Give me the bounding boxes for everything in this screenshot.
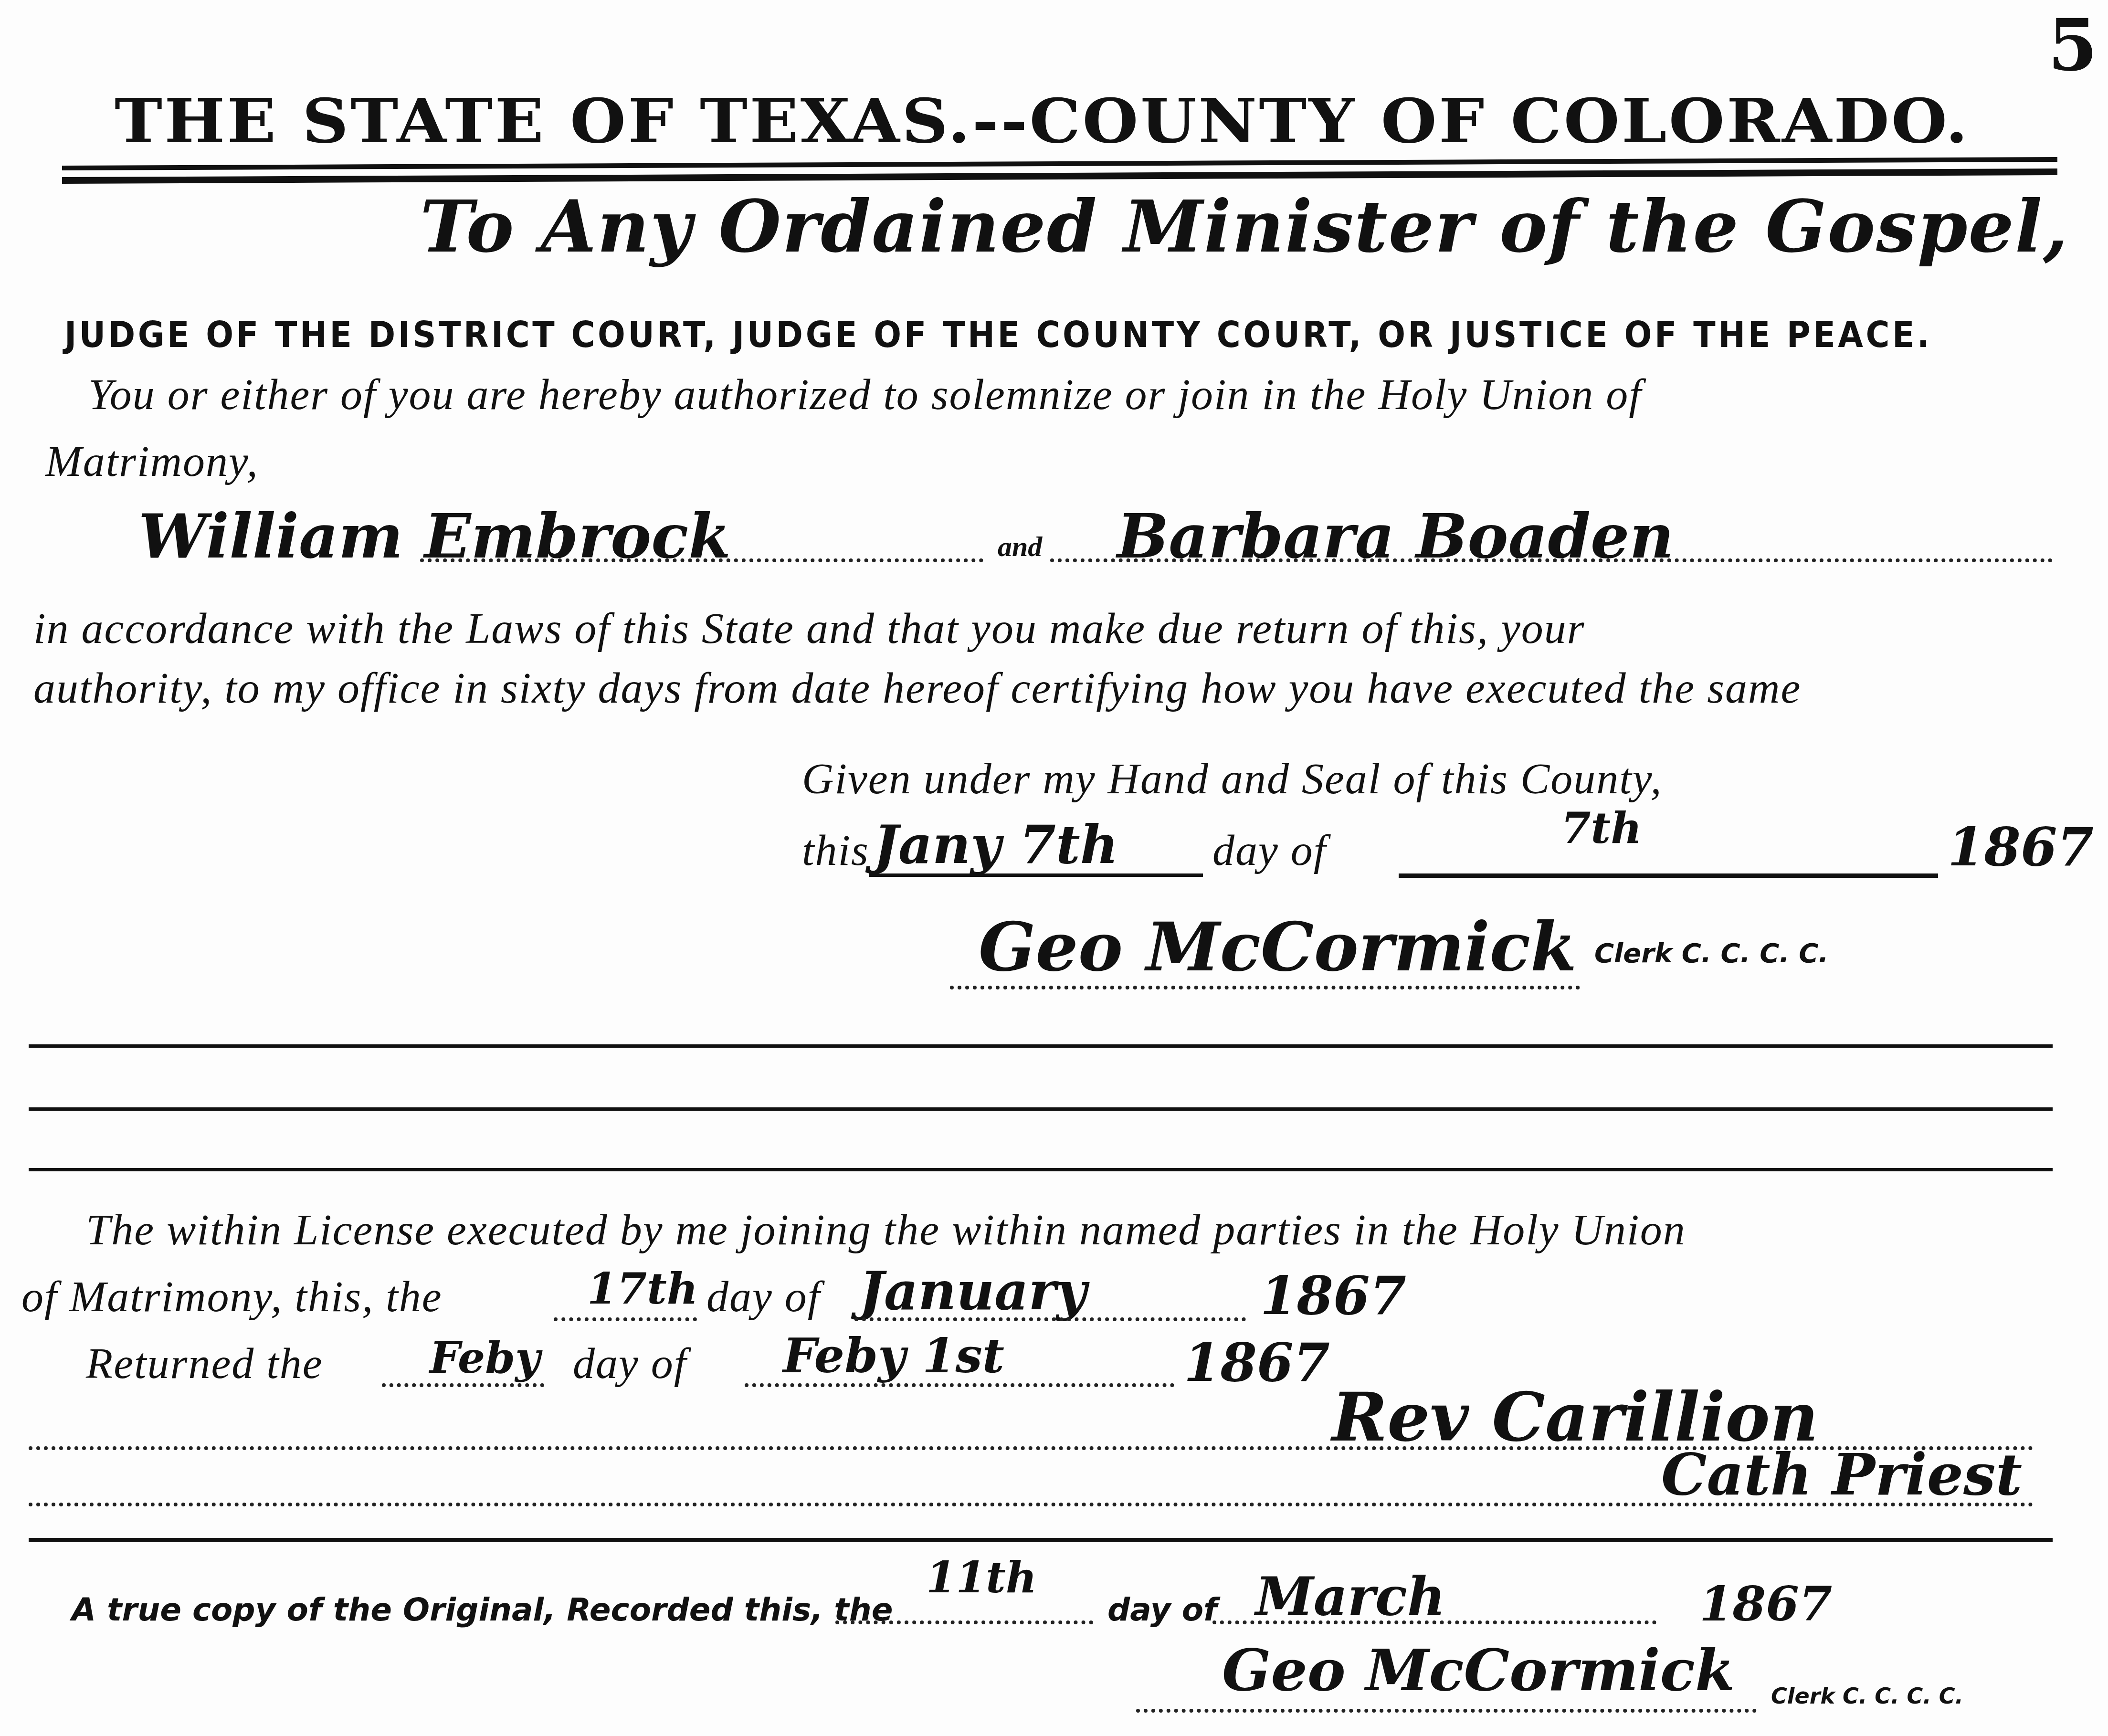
recording-clerk-title: Clerk C. C. C. C.: [1771, 1685, 1963, 1707]
clerk-signature: Geo McCormick: [979, 914, 1577, 981]
document-title: THE STATE OF TEXAS.--COUNTY OF COLORADO.: [115, 91, 1970, 152]
return-rule-2: [29, 1503, 2034, 1506]
issuance-year: 1867: [1948, 821, 2094, 873]
and-label: and: [998, 532, 1042, 561]
return-line-1: The within License executed by me joinin…: [86, 1208, 1686, 1252]
this-label: this: [802, 828, 869, 872]
blank-rule-3: [29, 1168, 2053, 1171]
bride-name-line: [1050, 558, 2053, 562]
clerk-title: Clerk C. C. C. C.: [1594, 940, 1829, 967]
return-rule-3: [29, 1538, 2053, 1542]
issuance-day-line: [869, 873, 1203, 877]
recording-day-of-label: day of: [1107, 1594, 1217, 1626]
groom-name-line: [420, 558, 983, 562]
recording-label: A true copy of the Original, Recorded th…: [72, 1594, 893, 1626]
executed-day-line: [554, 1317, 697, 1321]
recording-day-line: [835, 1620, 1093, 1624]
executed-day-of-label: day of: [706, 1274, 821, 1318]
given-under-hand-line: Given under my Hand and Seal of this Cou…: [802, 757, 1663, 800]
authorization-line-1: You or either of you are hereby authoriz…: [88, 372, 1642, 416]
officiant-title: Cath Priest: [1661, 1446, 2022, 1504]
returned-year: 1867: [1184, 1336, 1330, 1389]
executed-year: 1867: [1260, 1270, 1406, 1322]
returned-day-of-label: day of: [573, 1341, 687, 1385]
blank-rule-1: [29, 1044, 2053, 1048]
day-of-label: day of: [1212, 828, 1327, 872]
issuance-month-line: [1399, 873, 1938, 878]
page-number: 5: [2048, 10, 2097, 81]
address-heading: To Any Ordained Minister of the Gospel,: [420, 191, 2069, 263]
recording-clerk-signature: Geo McCormick: [1222, 1642, 1735, 1699]
executed-month-line: [854, 1317, 1246, 1321]
return-rule-1: [29, 1446, 2034, 1450]
issuance-month: 7th: [1561, 807, 1642, 850]
returned-month: Feby 1st: [783, 1332, 1004, 1379]
recording-day: 11th: [926, 1556, 1037, 1599]
officials-line: JUDGE OF THE DISTRICT COURT, JUDGE OF TH…: [64, 317, 1932, 353]
authorization-line-2: Matrimony,: [45, 439, 259, 483]
executed-month: January: [859, 1265, 1086, 1317]
instructions-line-1: in accordance with the Laws of this Stat…: [33, 606, 1585, 650]
recording-month-line: [1212, 1620, 1656, 1624]
of-matrimony-label: of Matrimony, this, the: [21, 1274, 443, 1318]
recording-year: 1867: [1699, 1580, 1832, 1628]
title-rule-top: [62, 157, 2057, 170]
executed-day: 17th: [587, 1267, 698, 1310]
returned-month-line: [745, 1383, 1174, 1387]
instructions-line-2: authority, to my office in sixty days fr…: [33, 666, 1801, 710]
returned-day-line: [382, 1383, 544, 1387]
groom-name: William Embrock: [138, 506, 731, 567]
recording-month: March: [1255, 1570, 1445, 1623]
clerk-signature-line: [950, 986, 1580, 989]
title-rule-bottom: [62, 168, 2057, 184]
returned-day: Feby: [430, 1336, 540, 1379]
blank-rule-2: [29, 1107, 2053, 1111]
issuance-day: Jany 7th: [874, 819, 1118, 871]
bride-name: Barbara Boaden: [1117, 506, 1674, 567]
recording-clerk-line: [1136, 1709, 1757, 1713]
returned-label: Returned the: [86, 1341, 323, 1385]
